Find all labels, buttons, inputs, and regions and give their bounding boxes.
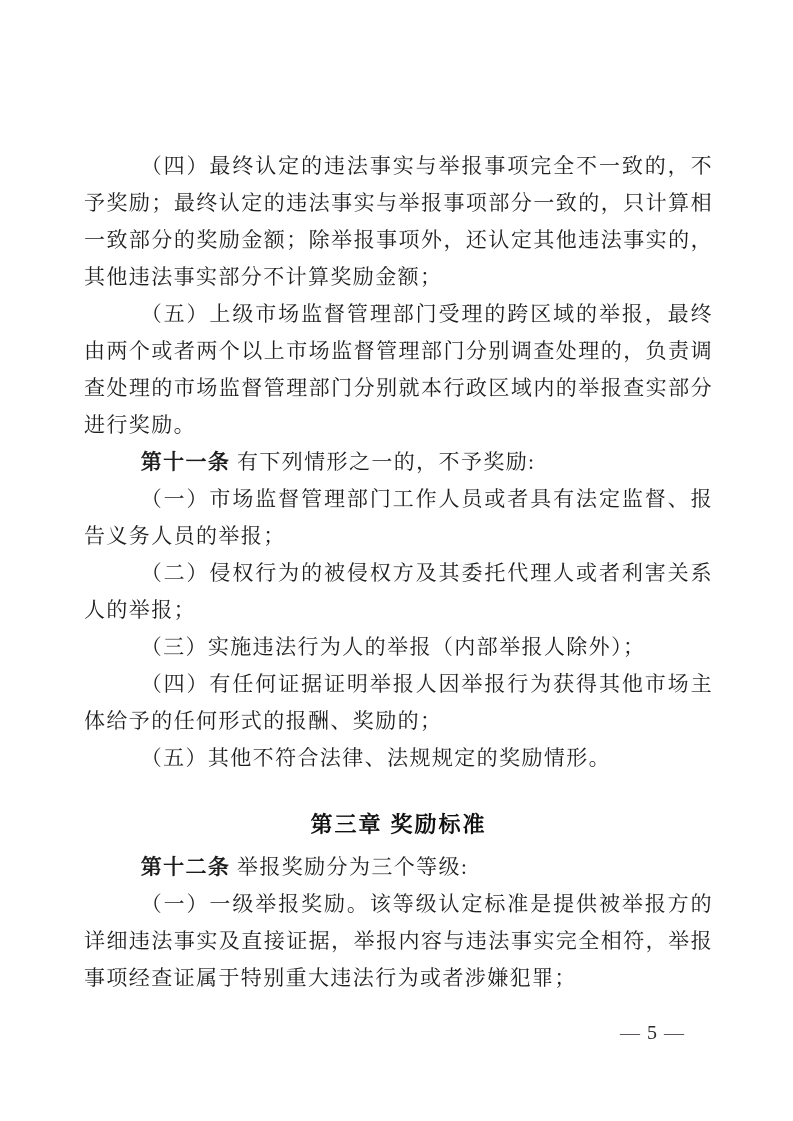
page-number: —5— <box>613 1022 691 1045</box>
paragraph-text: 有下列情形之一的，不予奖励: <box>230 450 535 474</box>
paragraph-text: （四）有任何证据证明举报人因举报行为获得其他市场主体给予的任何形式的报酬、奖励的… <box>84 672 713 733</box>
paragraph-text: （一）市场监督管理部门工作人员或者具有法定监督、报告义务人员的举报； <box>84 487 713 548</box>
paragraph-text: （一）一级举报奖励。该等级认定标准是提供被举报方的详细违法事实及直接证据，举报内… <box>84 892 713 990</box>
list-item-3: （三）实施违法行为人的举报（内部举报人除外）； <box>84 629 713 666</box>
document-page: （四）最终认定的违法事实与举报事项完全不一致的，不予奖励；最终认定的违法事实与举… <box>0 0 793 1121</box>
list-item-grade-1: （一）一级举报奖励。该等级认定标准是提供被举报方的详细违法事实及直接证据，举报内… <box>84 886 713 997</box>
paragraph-text: （五）其他不符合法律、法规规定的奖励情形。 <box>141 746 611 770</box>
article-12-paragraph: 第十二条 举报奖励分为三个等级: <box>84 849 713 886</box>
list-item-1: （一）市场监督管理部门工作人员或者具有法定监督、报告义务人员的举报； <box>84 481 713 555</box>
chapter-heading: 第三章 奖励标准 <box>84 806 713 843</box>
list-item-4: （四）有任何证据证明举报人因举报行为获得其他市场主体给予的任何形式的报酬、奖励的… <box>84 666 713 740</box>
page-number-dash-left: — <box>613 1022 647 1044</box>
paragraph-text: （三）实施违法行为人的举报（内部举报人除外）； <box>141 635 646 659</box>
paragraph-item-5: （五）上级市场监督管理部门受理的跨区域的举报，最终由两个或者两个以上市场监督管理… <box>84 296 713 444</box>
page-number-value: 5 <box>647 1022 657 1044</box>
paragraph-text: （二）侵权行为的被侵权方及其委托代理人或者利害关系人的举报； <box>84 561 713 622</box>
article-11-paragraph: 第十一条 有下列情形之一的，不予奖励: <box>84 444 713 481</box>
paragraph-text: （四）最终认定的违法事实与举报事项完全不一致的，不予奖励；最终认定的违法事实与举… <box>84 154 713 289</box>
document-body: （四）最终认定的违法事实与举报事项完全不一致的，不予奖励；最终认定的违法事实与举… <box>0 0 793 997</box>
list-item-2: （二）侵权行为的被侵权方及其委托代理人或者利害关系人的举报； <box>84 555 713 629</box>
page-number-dash-right: — <box>657 1022 691 1044</box>
article-number: 第十一条 <box>141 450 231 474</box>
list-item-5: （五）其他不符合法律、法规规定的奖励情形。 <box>84 740 713 777</box>
paragraph-text: （五）上级市场监督管理部门受理的跨区域的举报，最终由两个或者两个以上市场监督管理… <box>84 302 713 437</box>
article-number: 第十二条 <box>141 855 231 879</box>
paragraph-item-4: （四）最终认定的违法事实与举报事项完全不一致的，不予奖励；最终认定的违法事实与举… <box>84 148 713 296</box>
paragraph-text: 举报奖励分为三个等级: <box>230 855 468 879</box>
